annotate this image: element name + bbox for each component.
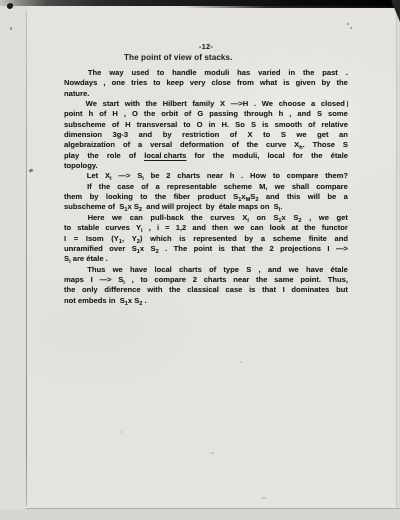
scan-top-shadow-inner (180, 6, 400, 8)
scan-speck (262, 497, 266, 499)
scan-speck (29, 168, 34, 172)
text-line: not embeds in S1x S2 . (64, 296, 348, 306)
page-bottom-edge (26, 508, 400, 509)
text-line: Si are étale . (64, 254, 348, 264)
text-line: tostablecurvesYi,i=1,2andthenwecanlookat… (64, 223, 348, 233)
text-line: IfthecaseofarepresentableschemeM,weshall… (64, 182, 348, 192)
scan-speck (240, 361, 242, 363)
text-line: pointhofH,OtheorbitofGpassingthroughh,an… (64, 109, 348, 119)
scanned-page: -12- The point of view of stacks. Theway… (0, 0, 400, 520)
scan-speck (347, 23, 349, 25)
text-line: dimension3g-3andbyrestrictionofXtoSweget… (64, 130, 348, 140)
body-text: Thewayusedtohandlemodulihasvariedinthepa… (64, 68, 348, 306)
text-line: ThuswehavelocalchartsoftypeS,andwehaveét… (64, 265, 348, 275)
text-line: thembylookingtothefiberproductS1xMS2andt… (64, 192, 348, 202)
text-line: algebraizationofaversaldeformationofthec… (64, 140, 348, 150)
text-line: Nowdays,onetriestokeepveryclosefromwhati… (64, 78, 348, 88)
text-line: playtheroleoflocal chartsforthemoduli,lo… (64, 151, 348, 161)
doc-title: The point of view of stacks. (124, 52, 348, 63)
text-line: topology. (64, 161, 348, 171)
scan-speck (350, 27, 352, 29)
text-line: mapsI—>Si,tocompare2chartsnearthesamepoi… (64, 275, 348, 285)
text-line: subschemeofHtransversaltoOinH.SoSissmoot… (64, 120, 348, 130)
text-line: unramifiedoverS1xS2.Thepointisthatthe2pr… (64, 244, 348, 254)
text-line: nature. (64, 89, 348, 99)
text-line: Thewayusedtohandlemodulihasvariedinthepa… (64, 68, 348, 78)
text-column: -12- The point of view of stacks. Theway… (64, 41, 348, 306)
text-line: theonlydifferencewiththeclassicalcaseist… (64, 285, 348, 295)
scan-speck (211, 452, 214, 454)
scan-speck (10, 27, 12, 30)
text-line: WestartwiththeHilbertfamilyX—>H.Wechoose… (64, 99, 348, 109)
text-line: LetXi—>Sibe2chartsnearh.Howtocomparethem… (64, 171, 348, 181)
text-line: Herewecanpull-backthecurvesXionS1xS2,weg… (64, 213, 348, 223)
backdrop-bottom-strip (0, 509, 400, 520)
text-line: subscheme of S1x S2 and will project by … (64, 202, 348, 212)
backdrop-left-strip (0, 0, 26, 520)
page-right-edge (396, 8, 397, 507)
handwritten-insertion-mark (347, 101, 348, 107)
page-left-edge (26, 10, 27, 506)
text-line: I=Isom(Y1,Y2)whichisrepresentedbyascheme… (64, 234, 348, 244)
scan-speck (120, 431, 122, 433)
page-number: -12- (64, 41, 348, 52)
